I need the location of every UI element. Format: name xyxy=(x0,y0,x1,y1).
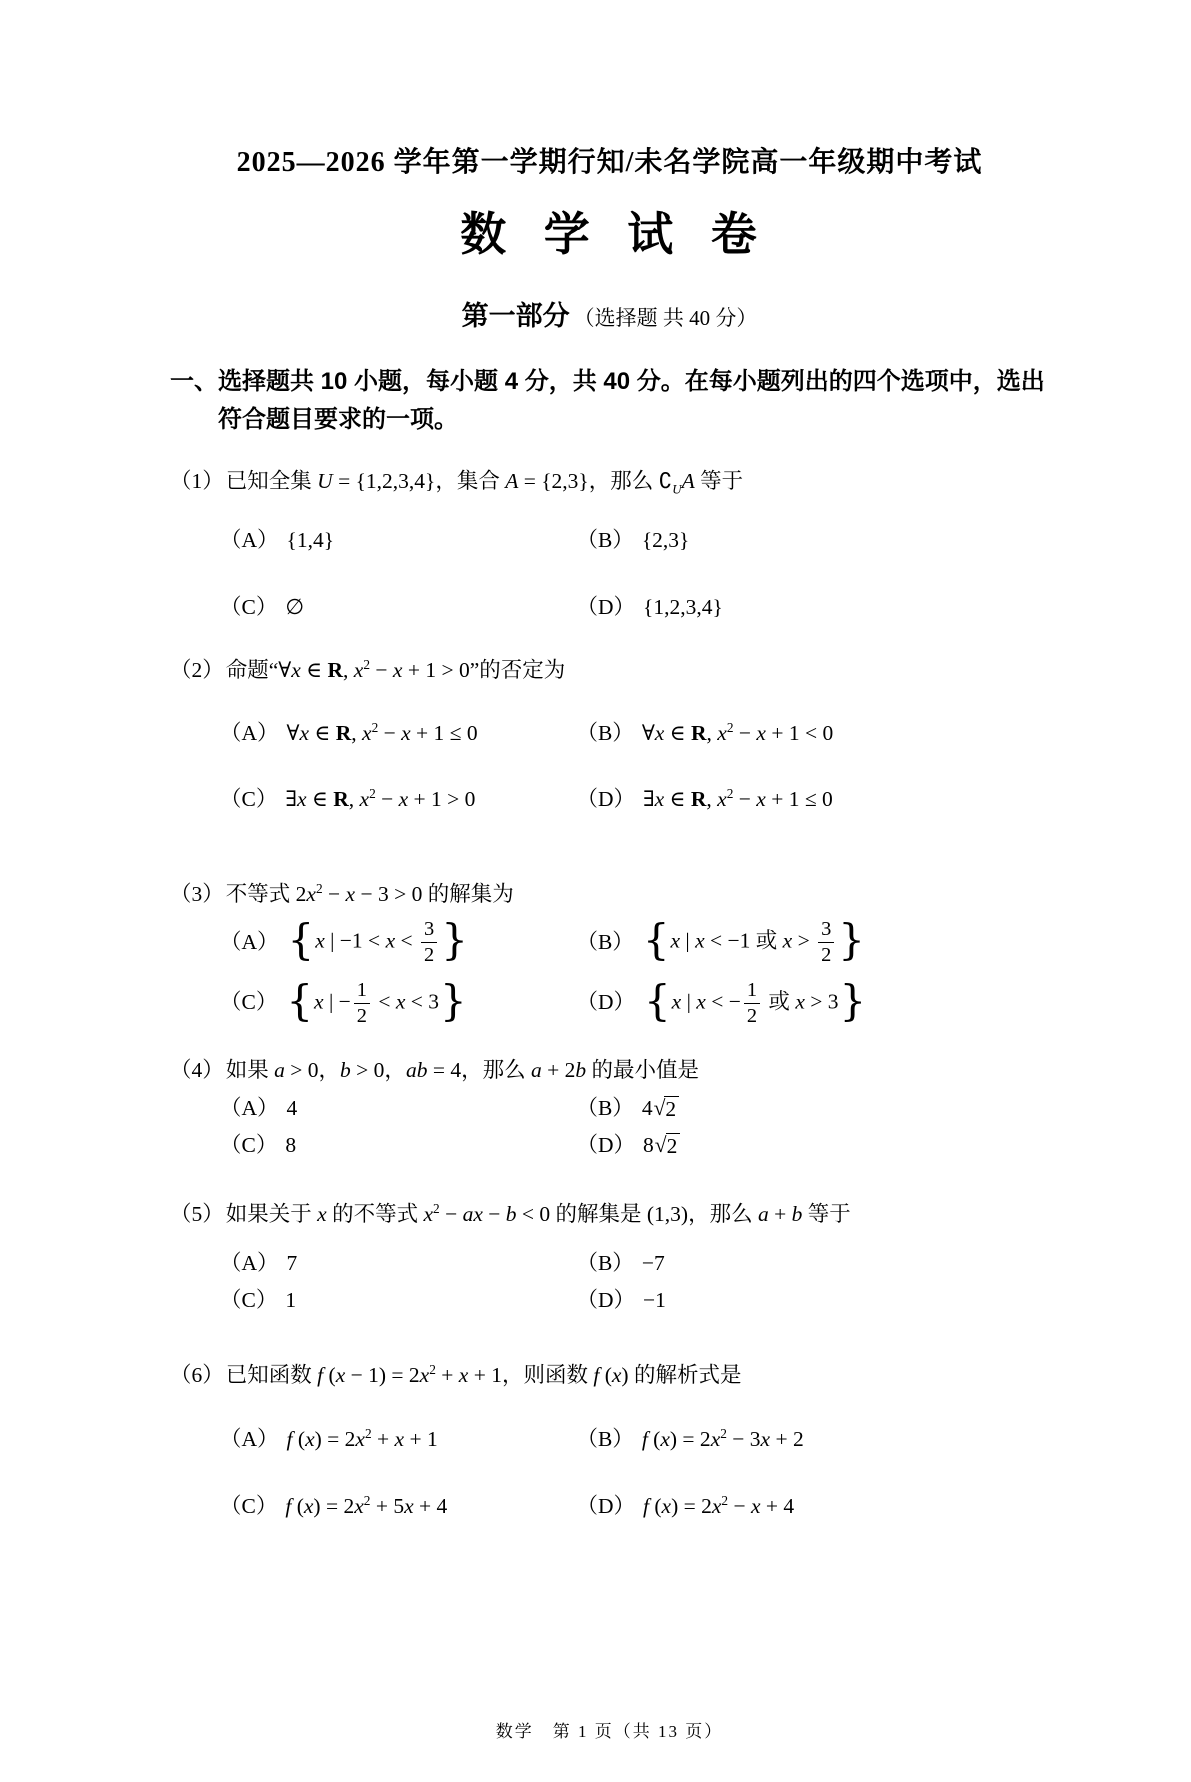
question-options: （A） {x | −1 < x < 32} （B） {x | x < −1 或 … xyxy=(170,918,1049,1027)
question-stem-text: 已知全集 U = {1,2,3,4}，集合 A = {2,3}，那么 ∁UA 等… xyxy=(226,466,1049,497)
option-b: （B） −7 xyxy=(576,1248,1049,1279)
option-label: （D） xyxy=(576,1285,635,1316)
part-title: 第一部分 xyxy=(462,301,570,331)
option-label: （A） xyxy=(220,1093,279,1124)
question-stem: （1） 已知全集 U = {1,2,3,4}，集合 A = {2,3}，那么 ∁… xyxy=(170,466,1049,497)
option-c: （C） {x | −12 < x < 3} xyxy=(220,979,576,1028)
option-label: （C） xyxy=(220,1285,277,1316)
option-label: （B） xyxy=(576,1424,633,1455)
option-text: ∀x ∈ R, x2 − x + 1 < 0 xyxy=(642,718,833,749)
option-a: （A） 4 xyxy=(220,1093,576,1124)
option-a: （A） {x | −1 < x < 32} xyxy=(220,918,576,967)
instruction-marker: 一、 xyxy=(170,363,218,440)
question-stem: （6） 已知函数 f (x − 1) = 2x2 + x + 1，则函数 f (… xyxy=(170,1360,1049,1391)
question-4: （4） 如果 a > 0，b > 0，ab = 4，那么 a + 2b 的最小值… xyxy=(170,1055,1049,1161)
page-footer: 数学 第 1 页（共 13 页） xyxy=(170,1717,1049,1742)
question-5: （5） 如果关于 x 的不等式 x2 − ax − b < 0 的解集是 (1,… xyxy=(170,1199,1049,1317)
question-number: （1） xyxy=(170,466,224,497)
question-stem-text: 命题“∀x ∈ R, x2 − x + 1 > 0”的否定为 xyxy=(226,655,1049,686)
option-c: （C） 8 xyxy=(220,1130,576,1161)
question-stem-text: 如果 a > 0，b > 0，ab = 4，那么 a + 2b 的最小值是 xyxy=(226,1055,1049,1086)
option-label: （B） xyxy=(576,718,633,749)
question-number: （6） xyxy=(170,1360,224,1391)
exam-page: 2025—2026 学年第一学期行知/未名学院高一年级期中考试 数 学 试 卷 … xyxy=(0,0,1191,1782)
option-text: 8√2 xyxy=(643,1130,680,1161)
instruction-text: 选择题共 10 小题，每小题 4 分，共 40 分。在每小题列出的四个选项中，选… xyxy=(218,363,1049,440)
option-label: （D） xyxy=(576,987,635,1018)
option-c: （C） 1 xyxy=(220,1285,576,1316)
option-a: （A） ∀x ∈ R, x2 − x + 1 ≤ 0 xyxy=(220,718,576,749)
option-label: （C） xyxy=(220,592,277,623)
question-3: （3） 不等式 2x2 − x − 3 > 0 的解集为 （A） {x | −1… xyxy=(170,879,1049,1028)
option-text: {x | −1 < x < 32} xyxy=(287,918,469,967)
option-label: （A） xyxy=(220,927,279,958)
question-options: （A） f (x) = 2x2 + x + 1 （B） f (x) = 2x2 … xyxy=(170,1424,1049,1522)
option-label: （A） xyxy=(220,1424,279,1455)
option-text: {x | x < −1 或 x > 32} xyxy=(642,918,866,967)
option-text: ∃x ∈ R, x2 − x + 1 ≤ 0 xyxy=(643,784,833,815)
question-number: （3） xyxy=(170,879,224,910)
question-stem-text: 如果关于 x 的不等式 x2 − ax − b < 0 的解集是 (1,3)，那… xyxy=(226,1199,1049,1230)
question-6: （6） 已知函数 f (x − 1) = 2x2 + x + 1，则函数 f (… xyxy=(170,1360,1049,1522)
option-d: （D） 8√2 xyxy=(576,1130,1049,1161)
option-label: （D） xyxy=(576,784,635,815)
question-stem: （5） 如果关于 x 的不等式 x2 − ax − b < 0 的解集是 (1,… xyxy=(170,1199,1049,1230)
question-stem: （3） 不等式 2x2 − x − 3 > 0 的解集为 xyxy=(170,879,1049,910)
option-text: {2,3} xyxy=(642,525,690,556)
option-label: （C） xyxy=(220,987,277,1018)
question-stem: （4） 如果 a > 0，b > 0，ab = 4，那么 a + 2b 的最小值… xyxy=(170,1055,1049,1086)
option-text: 1 xyxy=(285,1285,296,1316)
option-label: （C） xyxy=(220,1130,277,1161)
option-a: （A） f (x) = 2x2 + x + 1 xyxy=(220,1424,576,1455)
option-text: −1 xyxy=(643,1285,666,1316)
question-options: （A） 7 （B） −7 （C） 1 （D） −1 xyxy=(170,1248,1049,1316)
paper-title: 数 学 试 卷 xyxy=(170,198,1049,264)
option-text: {1,2,3,4} xyxy=(643,592,723,623)
option-label: （B） xyxy=(576,927,633,958)
option-c: （C） ∃x ∈ R, x2 − x + 1 > 0 xyxy=(220,784,576,815)
option-text: {1,4} xyxy=(287,525,335,556)
option-label: （D） xyxy=(576,1130,635,1161)
option-label: （B） xyxy=(576,525,633,556)
question-options: （A） 4 （B） 4√2 （C） 8 （D） 8√2 xyxy=(170,1093,1049,1161)
option-label: （D） xyxy=(576,592,635,623)
option-label: （A） xyxy=(220,1248,279,1279)
exam-title: 2025—2026 学年第一学期行知/未名学院高一年级期中考试 xyxy=(170,140,1049,180)
option-c: （C） f (x) = 2x2 + 5x + 4 xyxy=(220,1491,576,1522)
option-text: {x | x < −12 或 x > 3} xyxy=(643,979,867,1028)
option-text: f (x) = 2x2 + x + 1 xyxy=(287,1424,438,1455)
section-instructions: 一、 选择题共 10 小题，每小题 4 分，共 40 分。在每小题列出的四个选项… xyxy=(170,363,1049,440)
option-label: （C） xyxy=(220,784,277,815)
option-text: f (x) = 2x2 + 5x + 4 xyxy=(285,1491,447,1522)
option-label: （A） xyxy=(220,525,279,556)
part-subtitle: （选择题 共 40 分） xyxy=(574,306,758,330)
option-label: （D） xyxy=(576,1491,635,1522)
option-b: （B） ∀x ∈ R, x2 − x + 1 < 0 xyxy=(576,718,1049,749)
option-text: 4√2 xyxy=(642,1093,679,1124)
option-d: （D） f (x) = 2x2 − x + 4 xyxy=(576,1491,1049,1522)
option-text: ∅ xyxy=(285,592,304,623)
question-number: （4） xyxy=(170,1055,224,1086)
option-d: （D） −1 xyxy=(576,1285,1049,1316)
option-text: {x | −12 < x < 3} xyxy=(285,979,467,1028)
option-b: （B） {x | x < −1 或 x > 32} xyxy=(576,918,1049,967)
part-heading: 第一部分（选择题 共 40 分） xyxy=(170,294,1049,333)
option-text: ∃x ∈ R, x2 − x + 1 > 0 xyxy=(285,784,475,815)
option-text: 4 xyxy=(287,1093,298,1124)
question-2: （2） 命题“∀x ∈ R, x2 − x + 1 > 0”的否定为 （A） ∀… xyxy=(170,655,1049,815)
option-a: （A） {1,4} xyxy=(220,525,576,556)
question-stem-text: 不等式 2x2 − x − 3 > 0 的解集为 xyxy=(226,879,1049,910)
option-text: f (x) = 2x2 − 3x + 2 xyxy=(642,1424,804,1455)
option-label: （B） xyxy=(576,1248,633,1279)
option-label: （A） xyxy=(220,718,279,749)
option-b: （B） {2,3} xyxy=(576,525,1049,556)
question-number: （2） xyxy=(170,655,224,686)
option-a: （A） 7 xyxy=(220,1248,576,1279)
option-label: （B） xyxy=(576,1093,633,1124)
option-text: ∀x ∈ R, x2 − x + 1 ≤ 0 xyxy=(287,718,478,749)
question-stem-text: 已知函数 f (x − 1) = 2x2 + x + 1，则函数 f (x) 的… xyxy=(226,1360,1049,1391)
option-d: （D） ∃x ∈ R, x2 − x + 1 ≤ 0 xyxy=(576,784,1049,815)
question-stem: （2） 命题“∀x ∈ R, x2 − x + 1 > 0”的否定为 xyxy=(170,655,1049,686)
option-b: （B） 4√2 xyxy=(576,1093,1049,1124)
question-options: （A） ∀x ∈ R, x2 − x + 1 ≤ 0 （B） ∀x ∈ R, x… xyxy=(170,718,1049,814)
question-options: （A） {1,4} （B） {2,3} （C） ∅ （D） {1,2,3,4} xyxy=(170,525,1049,623)
option-label: （C） xyxy=(220,1491,277,1522)
option-b: （B） f (x) = 2x2 − 3x + 2 xyxy=(576,1424,1049,1455)
option-d: （D） {1,2,3,4} xyxy=(576,592,1049,623)
option-text: 8 xyxy=(285,1130,296,1161)
option-d: （D） {x | x < −12 或 x > 3} xyxy=(576,979,1049,1028)
option-text: −7 xyxy=(642,1248,665,1279)
option-c: （C） ∅ xyxy=(220,592,576,623)
question-1: （1） 已知全集 U = {1,2,3,4}，集合 A = {2,3}，那么 ∁… xyxy=(170,466,1049,624)
option-text: 7 xyxy=(287,1248,298,1279)
option-text: f (x) = 2x2 − x + 4 xyxy=(643,1491,794,1522)
question-number: （5） xyxy=(170,1199,224,1230)
